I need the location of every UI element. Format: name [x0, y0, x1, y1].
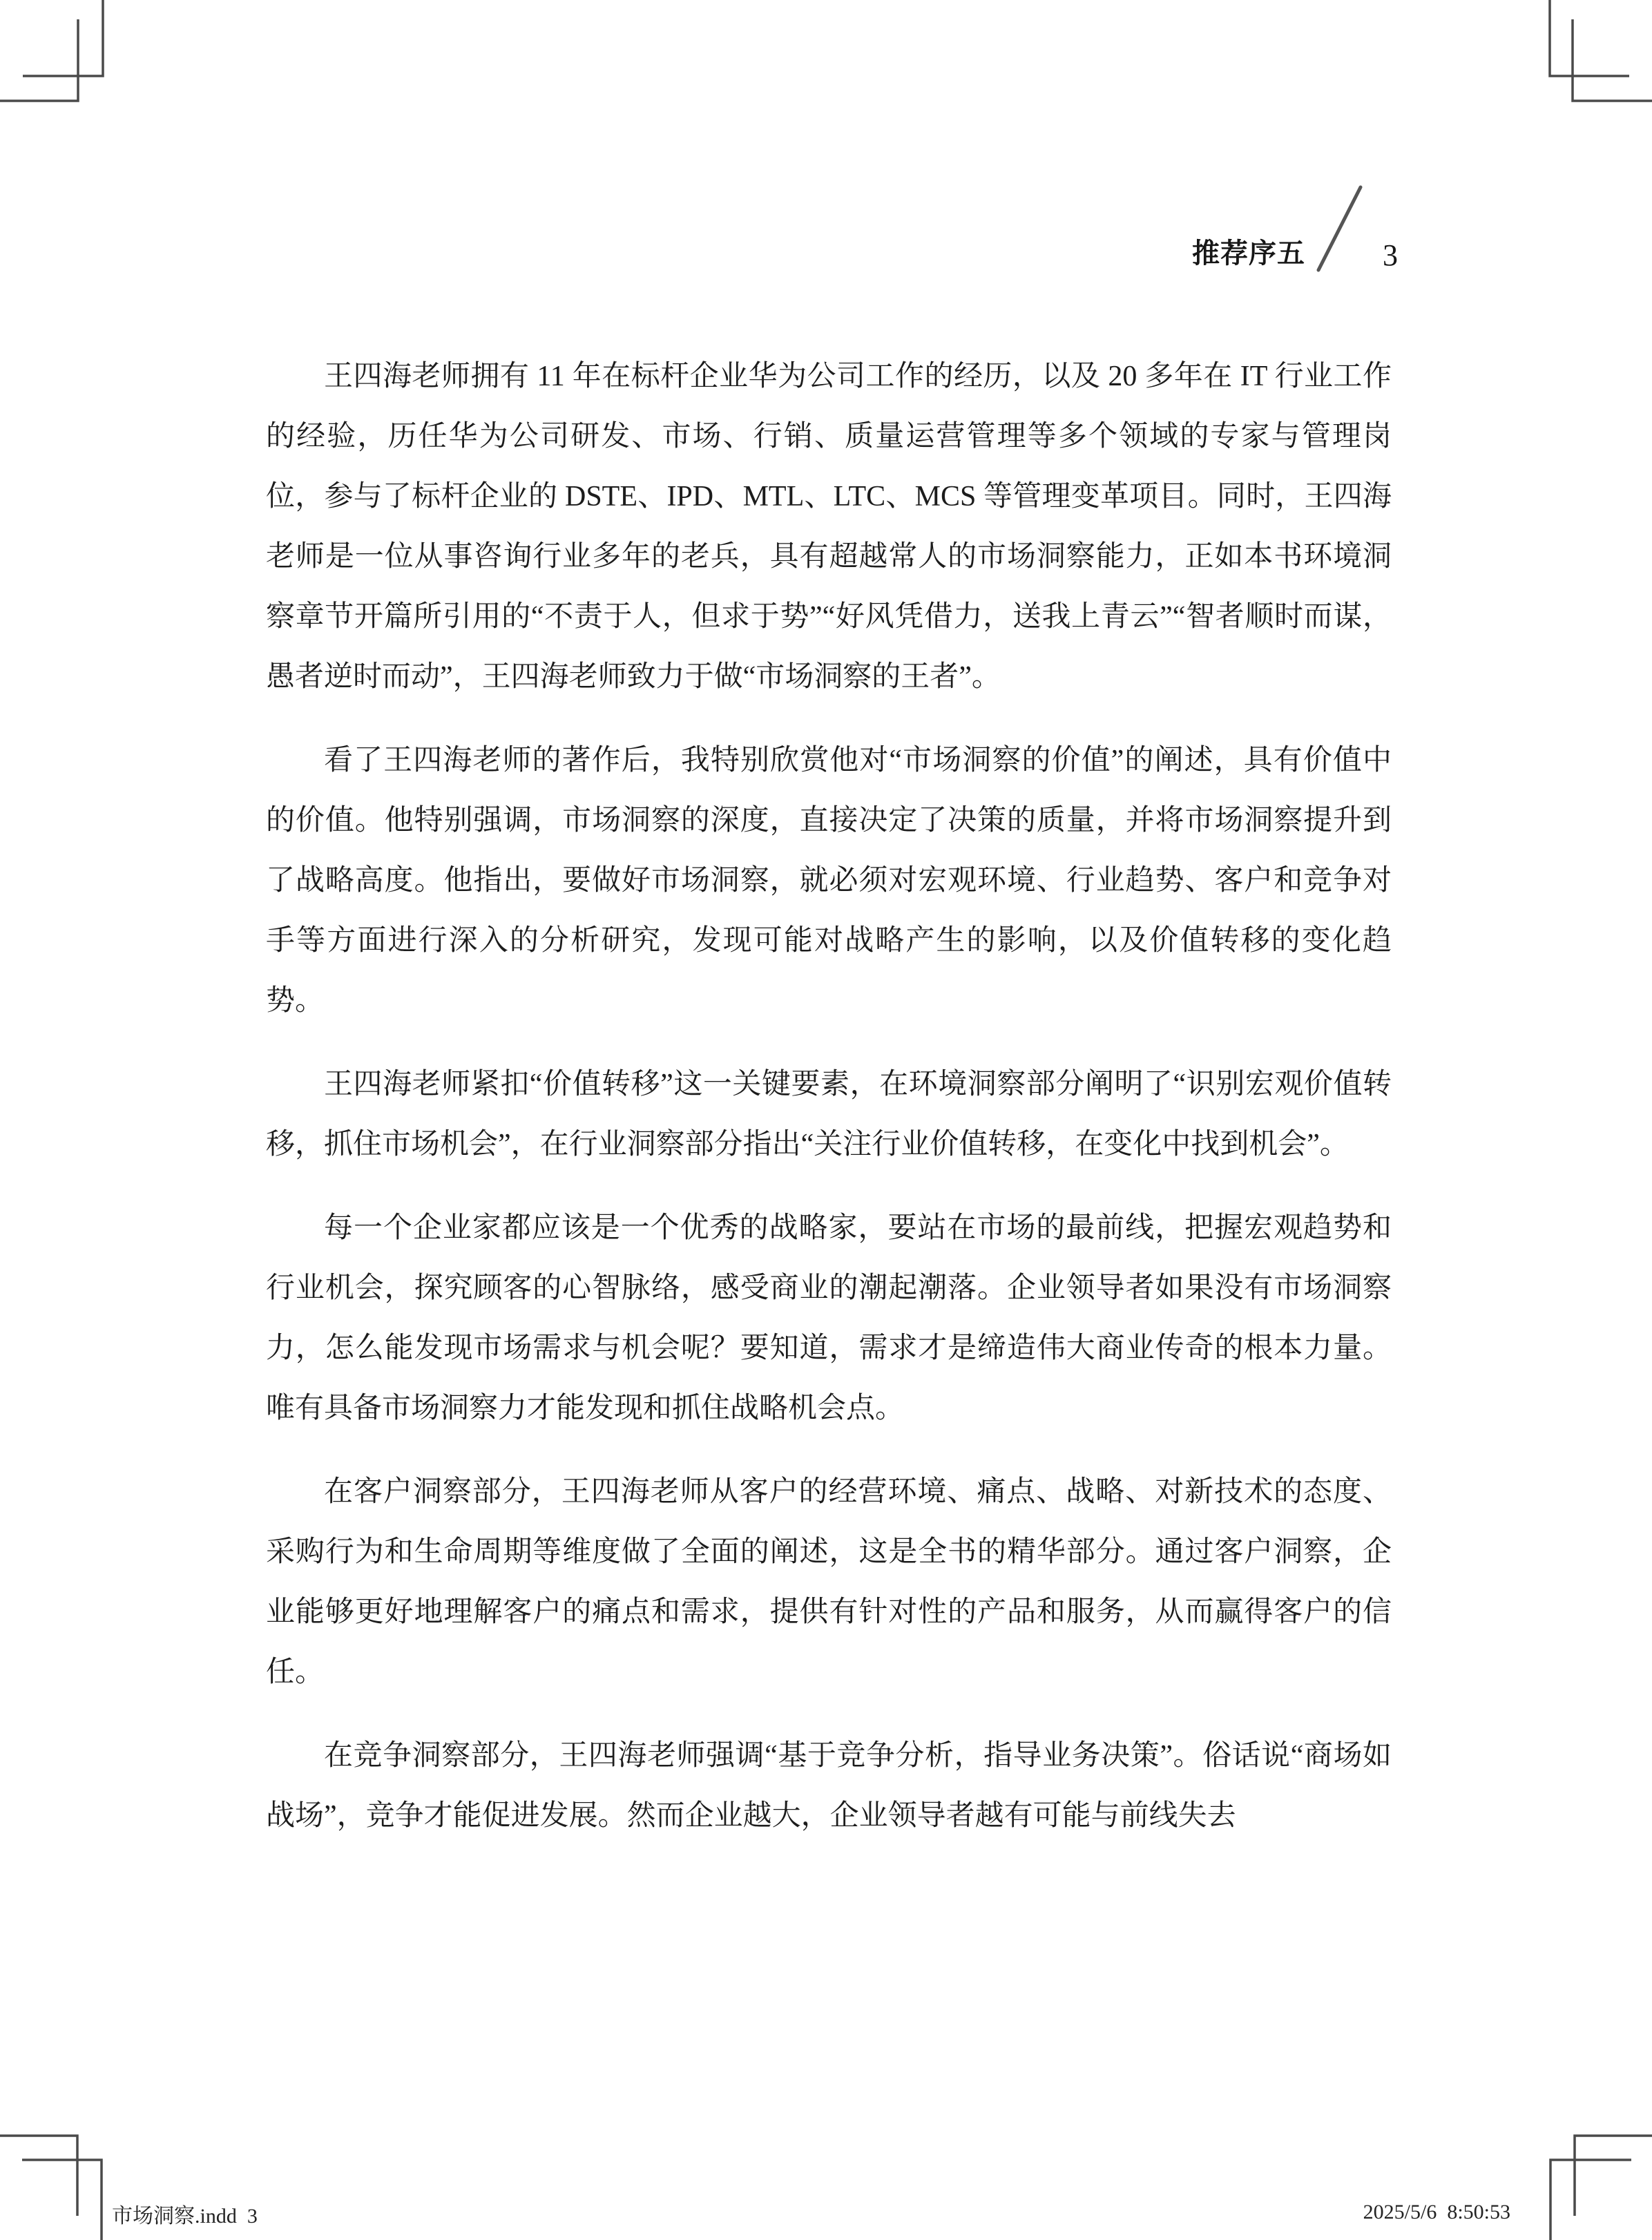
paragraph-2: 看了王四海老师的著作后，我特别欣赏他对“市场洞察的价值”的阐述，具有价值中的价值…	[266, 731, 1392, 1031]
crop-mark-top-right-inner	[1573, 19, 1652, 101]
paragraph-3: 王四海老师紧扣“价值转移”这一关键要素，在环境洞察部分阐明了“识别宏观价值转移，…	[266, 1055, 1392, 1175]
paragraph-5: 在客户洞察部分，王四海老师从客户的经营环境、痛点、战略、对新技术的态度、采购行为…	[266, 1462, 1392, 1703]
footer-filename: 市场洞察.indd 3	[112, 2199, 258, 2229]
slash-divider-icon	[1315, 185, 1363, 272]
page-header: 推荐序五 3	[1192, 185, 1398, 272]
crop-mark-bottom-right-outer	[1550, 2160, 1631, 2240]
crop-mark-top-left-inner	[0, 19, 78, 101]
crop-mark-bottom-left-outer	[22, 2160, 102, 2240]
page-number: 3	[1373, 240, 1398, 272]
running-head-title: 推荐序五	[1192, 238, 1305, 272]
paragraph-1: 王四海老师拥有 11 年在标杆企业华为公司工作的经历，以及 20 多年在 IT …	[266, 347, 1392, 707]
crop-mark-bottom-left-inner	[0, 2136, 77, 2216]
paragraph-4: 每一个企业家都应该是一个优秀的战略家，要站在市场的最前线，把握宏观趋势和行业机会…	[266, 1198, 1392, 1439]
body-text: 王四海老师拥有 11 年在标杆企业华为公司工作的经历，以及 20 多年在 IT …	[266, 347, 1392, 1870]
paragraph-6: 在竞争洞察部分，王四海老师强调“基于竞争分析，指导业务决策”。俗话说“商场如战场…	[266, 1726, 1392, 1846]
book-page: 推荐序五 3 王四海老师拥有 11 年在标杆企业华为公司工作的经历，以及 20 …	[0, 0, 1652, 2240]
footer-timestamp: 2025/5/6 8:50:53	[1363, 2201, 1510, 2224]
crop-mark-top-left-outer	[23, 0, 103, 76]
crop-mark-top-right-outer	[1550, 0, 1629, 76]
crop-mark-bottom-right-inner	[1575, 2136, 1652, 2216]
